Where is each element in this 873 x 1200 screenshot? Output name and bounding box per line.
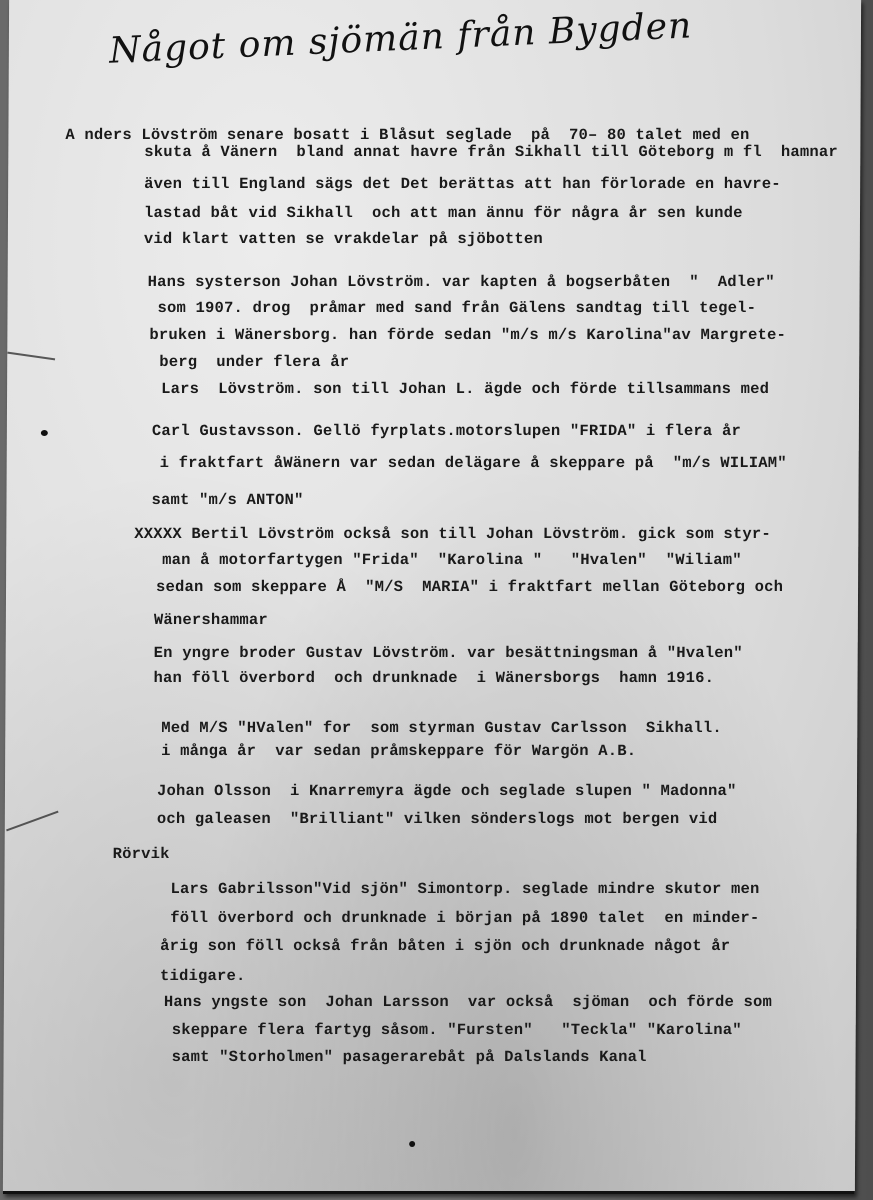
text-line: lastad båt vid Sikhall och att man ännu … [144,204,743,222]
text-line: berg under flera år [159,353,349,371]
text-line: Wänershammar [154,611,268,629]
text-line: i fraktfart åWänern var sedan delägare å… [160,454,787,472]
text-line: man å motorfartygen "Frida" "Karolina " … [162,551,742,569]
text-line: skeppare flera fartyg såsom. "Fursten" "… [172,1021,742,1039]
handwritten-title: Något om sjömän från Bygden [108,5,693,71]
ink-spot [409,1141,415,1147]
text-line: A nders Lövström senare bosatt i Blåsut … [65,126,749,144]
text-line: och galeasen "Brilliant" vilken söndersl… [157,810,718,828]
text-line: En yngre broder Gustav Lövström. var bes… [154,644,743,662]
text-line: i många år var sedan pråmskeppare för Wa… [161,742,636,760]
text-line: Hans yngste son Johan Larsson var också … [164,993,772,1011]
text-line: som 1907. drog pråmar med sand från Gäle… [157,299,756,317]
text-line: skuta å Vänern bland annat havre från Si… [144,143,838,161]
text-line: Med M/S "HValen" for som styrman Gustav … [161,719,722,737]
text-line: samt "Storholmen" pasagerarebåt på Dalsl… [172,1048,647,1066]
ink-spot [41,430,48,436]
text-line: föll överbord och drunknade i början på … [170,909,759,927]
text-line: han föll överbord och drunknade i Wäners… [154,669,715,687]
text-line: Lars Gabrilsson"Vid sjön" Simontorp. seg… [170,880,759,898]
text-line: Carl Gustavsson. Gellö fyrplats.motorslu… [152,422,741,440]
text-line: Lars Lövström. son till Johan L. ägde oc… [161,380,769,398]
text-line: samt "m/s ANTON" [151,491,303,509]
text-line: även till England sägs det Det berättas … [144,175,781,193]
text-line: sedan som skeppare Å "M/S MARIA" i frakt… [156,578,783,596]
typed-document-page: Något om sjömän från Bygden A nders Lövs… [3,0,861,1194]
text-line: XXXXX Bertil Lövström också son till Joh… [134,525,771,543]
text-line: årig son föll också från båten i sjön oc… [160,937,730,955]
text-line: bruken i Wänersborg. han förde sedan "m/… [149,326,786,344]
text-line: Hans systerson Johan Lövström. var kapte… [148,273,775,291]
text-line: Johan Olsson i Knarremyra ägde och segla… [157,782,737,800]
text-line: vid klart vatten se vrakdelar på sjöbott… [144,230,543,248]
paper-tear [7,352,55,361]
text-line: tidigare. [160,967,246,985]
text-line: Rörvik [113,845,170,863]
paper-tear [6,811,58,832]
